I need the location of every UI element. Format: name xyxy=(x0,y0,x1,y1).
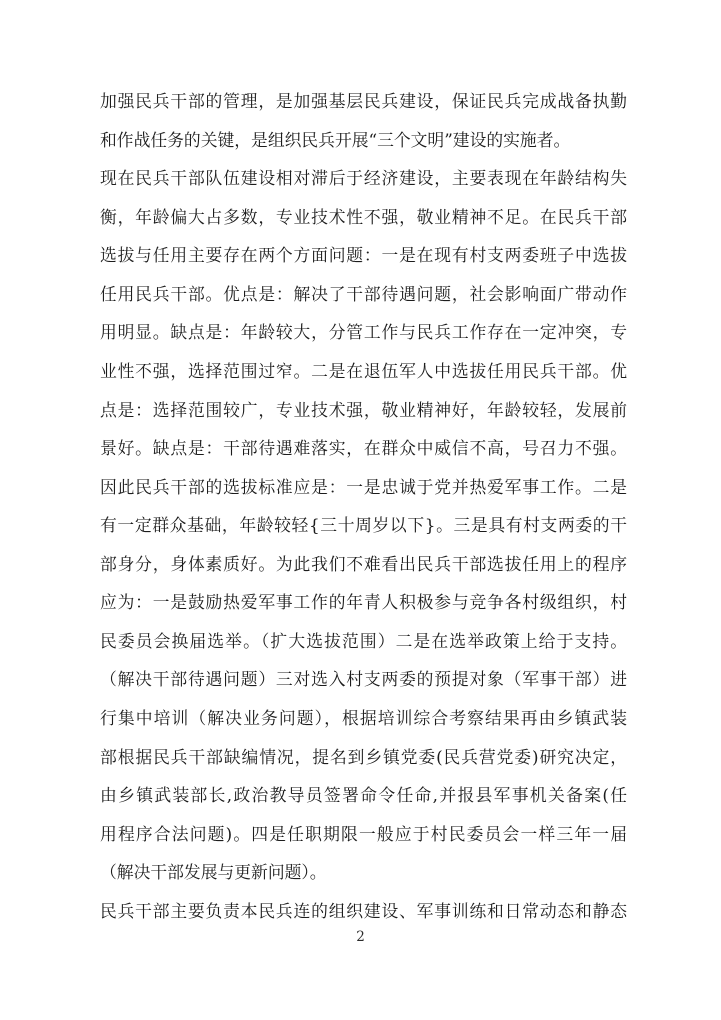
document-body-text: 加强民兵干部的管理，是加强基层民兵建设，保证民兵完成战备执勤 和作战任务的关键，… xyxy=(100,82,627,930)
text-line: 因此民兵干部的选拔标准应是：一是忠诚于党并热爱军事工作。二是 xyxy=(100,468,627,507)
text-line: 任用民兵干部。优点是：解决了干部待遇问题，社会影响面广带动作 xyxy=(100,275,627,314)
text-line: 有一定群众基础，年龄较轻{三十周岁以下}。三是具有村支两委的干 xyxy=(100,506,627,545)
text-line: 用程序合法问题)。四是任职期限一般应于村民委员会一样三年一届 xyxy=(100,815,627,854)
text-line: 景好。缺点是：干部待遇难落实，在群众中威信不高，号召力不强。 xyxy=(100,429,627,468)
text-line: 业性不强，选择范围过窄。二是在退伍军人中选拔任用民兵干部。优 xyxy=(100,352,627,391)
text-line: （解决干部待遇问题）三对选入村支两委的预提对象（军事干部）进 xyxy=(100,660,627,699)
text-line: 现在民兵干部队伍建设相对滞后于经济建设，主要表现在年龄结构失 xyxy=(100,159,627,198)
text-line: 衡，年龄偏大占多数，专业技术性不强，敬业精神不足。在民兵干部 xyxy=(100,198,627,237)
text-line: （解决干部发展与更新问题）。 xyxy=(100,853,627,892)
text-line: 民委员会换届选举。（扩大选拔范围）二是在选举政策上给于支持。 xyxy=(100,622,627,661)
text-line: 部根据民兵干部缺编情况，提名到乡镇党委(民兵营党委)研究决定， xyxy=(100,738,627,777)
text-line: 应为：一是鼓励热爱军事工作的年青人积极参与竞争各村级组织，村 xyxy=(100,583,627,622)
paragraph: 民兵干部主要负责本民兵连的组织建设、军事训练和日常动态和静态 xyxy=(100,892,627,931)
page-number: 2 xyxy=(0,927,721,947)
text-line: 由乡镇武装部长,政治教导员签署命令任命,并报县军事机关备案(任 xyxy=(100,776,627,815)
text-line: 部身分，身体素质好。为此我们不难看出民兵干部选拔任用上的程序 xyxy=(100,545,627,584)
paragraph: 现在民兵干部队伍建设相对滞后于经济建设，主要表现在年龄结构失 衡，年龄偏大占多数… xyxy=(100,159,627,892)
text-line: 行集中培训（解决业务问题），根据培训综合考察结果再由乡镇武装 xyxy=(100,699,627,738)
text-line: 选拔与任用主要存在两个方面问题：一是在现有村支两委班子中选拔 xyxy=(100,236,627,275)
text-line: 用明显。缺点是：年龄较大，分管工作与民兵工作存在一定冲突，专 xyxy=(100,313,627,352)
document-page: 加强民兵干部的管理，是加强基层民兵建设，保证民兵完成战备执勤 和作战任务的关键，… xyxy=(0,0,721,1020)
text-line: 点是：选择范围较广，专业技术强，敬业精神好，年龄较轻，发展前 xyxy=(100,391,627,430)
text-line: 加强民兵干部的管理，是加强基层民兵建设，保证民兵完成战备执勤 xyxy=(100,82,627,121)
paragraph: 加强民兵干部的管理，是加强基层民兵建设，保证民兵完成战备执勤 和作战任务的关键，… xyxy=(100,82,627,159)
text-line: 和作战任务的关键，是组织民兵开展“三个文明”建设的实施者。 xyxy=(100,121,627,160)
text-line: 民兵干部主要负责本民兵连的组织建设、军事训练和日常动态和静态 xyxy=(100,892,627,931)
